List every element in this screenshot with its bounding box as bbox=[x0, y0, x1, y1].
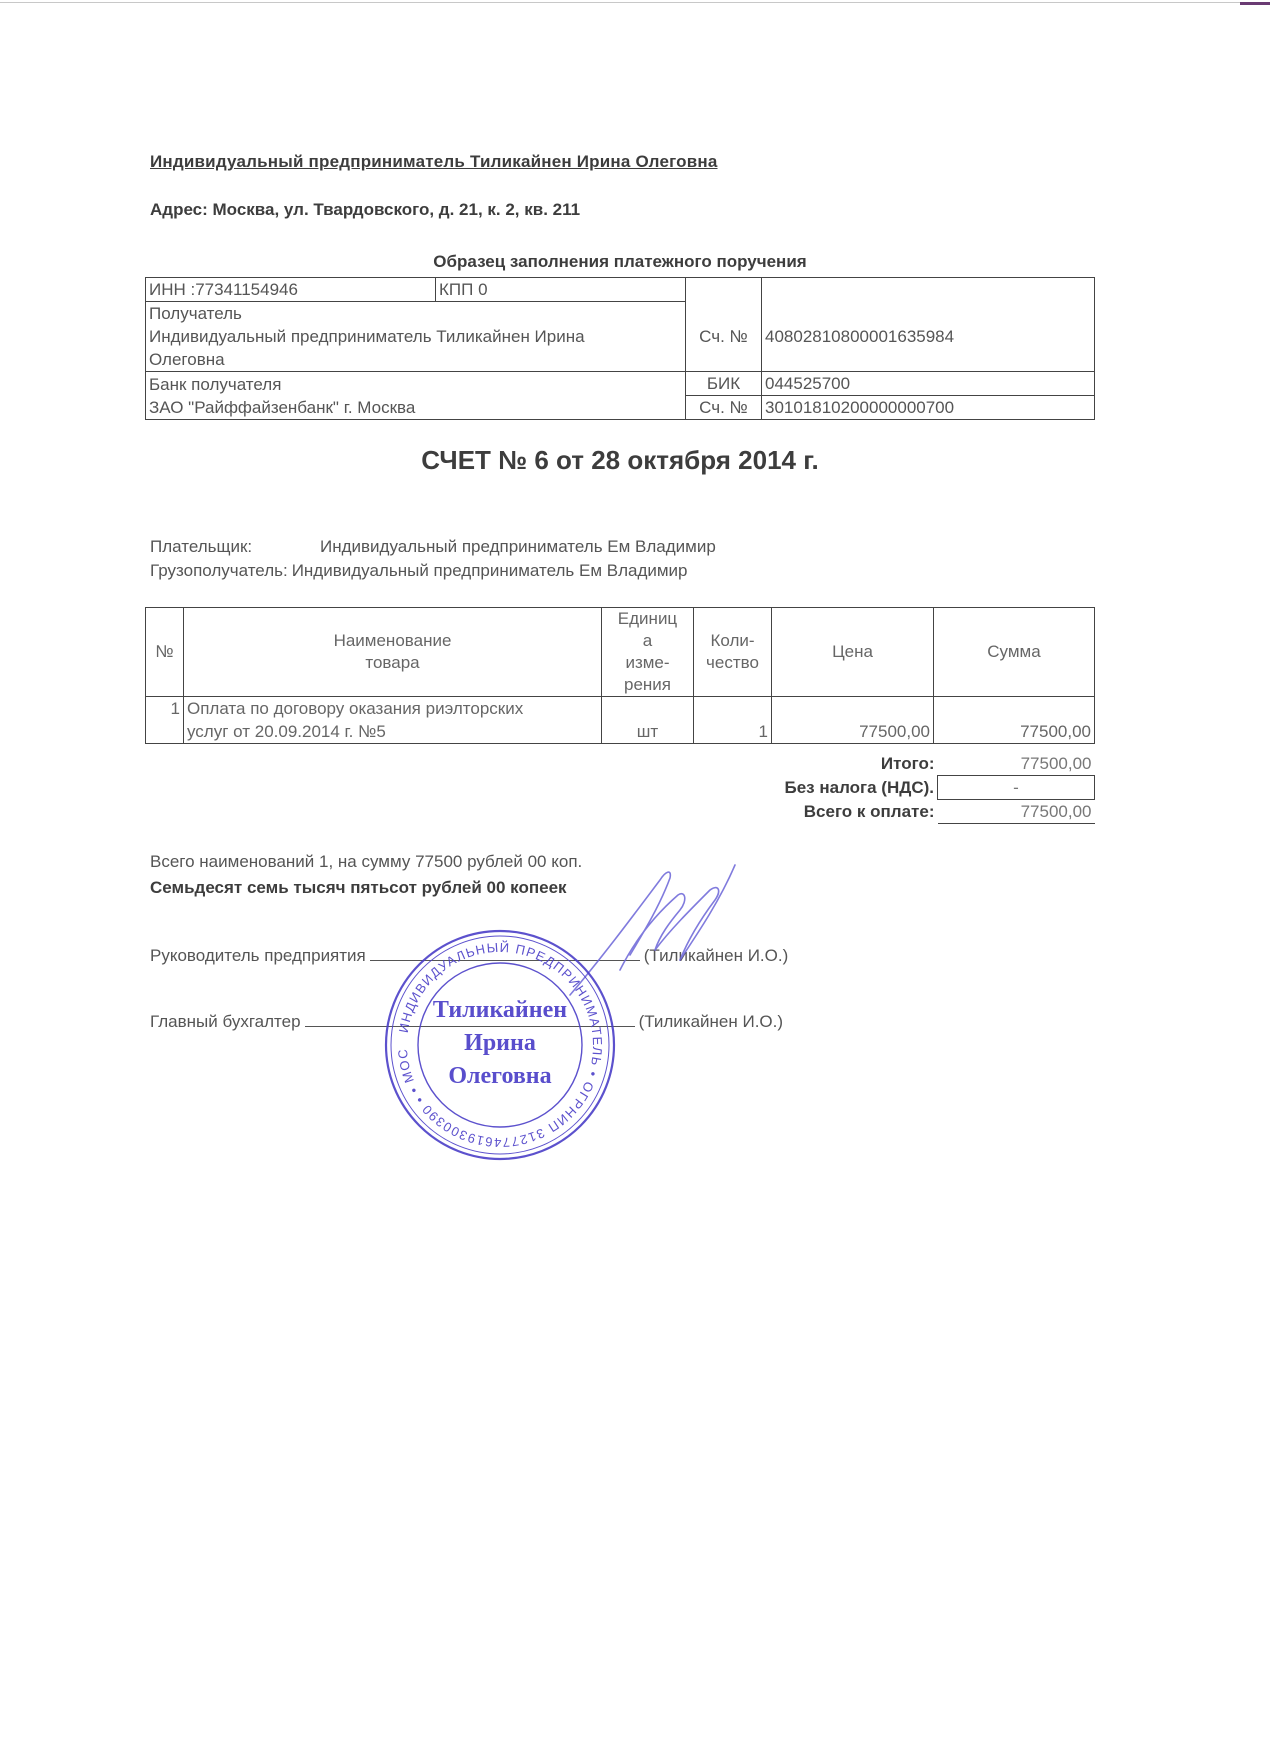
accountant-label: Главный бухгалтер bbox=[150, 1012, 301, 1031]
row-price: 77500,00 bbox=[772, 697, 934, 744]
col-name-line1: Наименование bbox=[186, 630, 599, 652]
summary-count: Всего наименований 1, на сумму 77500 руб… bbox=[150, 852, 582, 872]
row-name: Оплата по договору оказания риэлторских … bbox=[184, 697, 602, 744]
col-no: № bbox=[146, 608, 184, 697]
row-unit: шт bbox=[602, 697, 694, 744]
bank-cell: Банк получателя ЗАО "Райффайзенбанк" г. … bbox=[146, 372, 686, 420]
kpp-cell: КПП 0 bbox=[436, 278, 686, 302]
bank-codes-values: 044525700 30101810200000000700 bbox=[762, 372, 1095, 420]
recipient-name-line1: Индивидуальный предприниматель Тиликайне… bbox=[149, 325, 682, 348]
director-label: Руководитель предприятия bbox=[150, 946, 366, 965]
row-sum: 77500,00 bbox=[934, 697, 1095, 744]
goods-table: № Наименование товара Единиц а изме- рен… bbox=[145, 607, 1095, 744]
bank-codes-labels: БИК Сч. № bbox=[686, 372, 762, 420]
seal-center-line1: Тиликайнен bbox=[433, 997, 567, 1023]
payment-sample-caption: Образец заполнения платежного поручения bbox=[145, 252, 1095, 272]
recipient-name-line2: Олеговна bbox=[149, 348, 682, 371]
seal-center-line3: Олеговна bbox=[448, 1063, 551, 1089]
total-label: Всего к оплате: bbox=[145, 800, 938, 824]
col-name-line2: товара bbox=[186, 652, 599, 674]
bik-label: БИК bbox=[686, 372, 761, 396]
scan-edge-line bbox=[0, 2, 1245, 3]
recipient-cell: Получатель Индивидуальный предпринимател… bbox=[146, 302, 686, 372]
col-unit-line4: рения bbox=[604, 674, 691, 696]
subtotal-value: 77500,00 bbox=[938, 752, 1095, 776]
payer-value: Индивидуальный предприниматель Ем Владим… bbox=[320, 537, 716, 556]
col-unit-line3: изме- bbox=[604, 652, 691, 674]
total-value: 77500,00 bbox=[938, 800, 1095, 824]
col-qty-line2: чество bbox=[696, 652, 769, 674]
vat-value: - bbox=[938, 776, 1095, 800]
col-name: Наименование товара bbox=[184, 608, 602, 697]
col-qty-line1: Коли- bbox=[696, 630, 769, 652]
col-sum: Сумма bbox=[934, 608, 1095, 697]
col-qty: Коли- чество bbox=[694, 608, 772, 697]
consignee-label: Грузополучатель: bbox=[150, 561, 288, 581]
account-number: 40802810800001635984 bbox=[762, 278, 1095, 372]
bank-name: ЗАО "Райффайзенбанк" г. Москва bbox=[149, 396, 682, 419]
col-price: Цена bbox=[772, 608, 934, 697]
corr-account-label: Сч. № bbox=[686, 396, 761, 419]
invoice-title: СЧЕТ № 6 от 28 октября 2014 г. bbox=[145, 445, 1095, 476]
corr-account-value: 30101810200000000700 bbox=[762, 396, 1094, 419]
bank-label: Банк получателя bbox=[149, 373, 682, 396]
row-no: 1 bbox=[146, 697, 184, 744]
goods-header-row: № Наименование товара Единиц а изме- рен… bbox=[146, 608, 1095, 697]
subtotal-label: Итого: bbox=[145, 752, 938, 776]
vat-label: Без налога (НДС). bbox=[145, 776, 938, 800]
col-unit-line2: а bbox=[604, 630, 691, 652]
recipient-label: Получатель bbox=[149, 302, 682, 325]
consignee-line: Грузополучатель:Индивидуальный предприни… bbox=[150, 561, 688, 581]
account-label: Сч. № bbox=[686, 278, 762, 372]
row-qty: 1 bbox=[694, 697, 772, 744]
inn-cell: ИНН :77341154946 bbox=[146, 278, 436, 302]
col-unit-line1: Единиц bbox=[604, 608, 691, 630]
issuer-address: Адрес: Москва, ул. Твардовского, д. 21, … bbox=[150, 200, 580, 220]
consignee-value: Индивидуальный предприниматель Ем Владим… bbox=[292, 561, 688, 580]
seal-center-line2: Ирина bbox=[464, 1030, 536, 1056]
scan-edge-mark bbox=[1240, 2, 1270, 5]
payment-sample-table: ИНН :77341154946 КПП 0 Сч. № 40802810800… bbox=[145, 277, 1095, 420]
table-row: 1 Оплата по договору оказания риэлторски… bbox=[146, 697, 1095, 744]
accountant-name: (Тиликайнен И.О.) bbox=[639, 1012, 783, 1031]
company-seal: ИНДИВИДУАЛЬНЫЙ ПРЕДПРИНИМАТЕЛЬ • ОГРНИП … bbox=[380, 925, 620, 1165]
summary-words: Семьдесят семь тысяч пятьсот рублей 00 к… bbox=[150, 878, 567, 898]
col-unit: Единиц а изме- рения bbox=[602, 608, 694, 697]
row-name-line1: Оплата по договору оказания риэлторских bbox=[187, 697, 598, 720]
row-name-line2: услуг от 20.09.2014 г. №5 bbox=[187, 720, 598, 743]
bik-value: 044525700 bbox=[762, 372, 1094, 396]
issuer-name: Индивидуальный предприниматель Тиликайне… bbox=[150, 152, 718, 172]
totals-table: Итого: 77500,00 Без налога (НДС). - Всег… bbox=[145, 752, 1095, 824]
payer-label: Плательщик: bbox=[150, 537, 320, 557]
payer-line: Плательщик:Индивидуальный предпринимател… bbox=[150, 537, 716, 557]
